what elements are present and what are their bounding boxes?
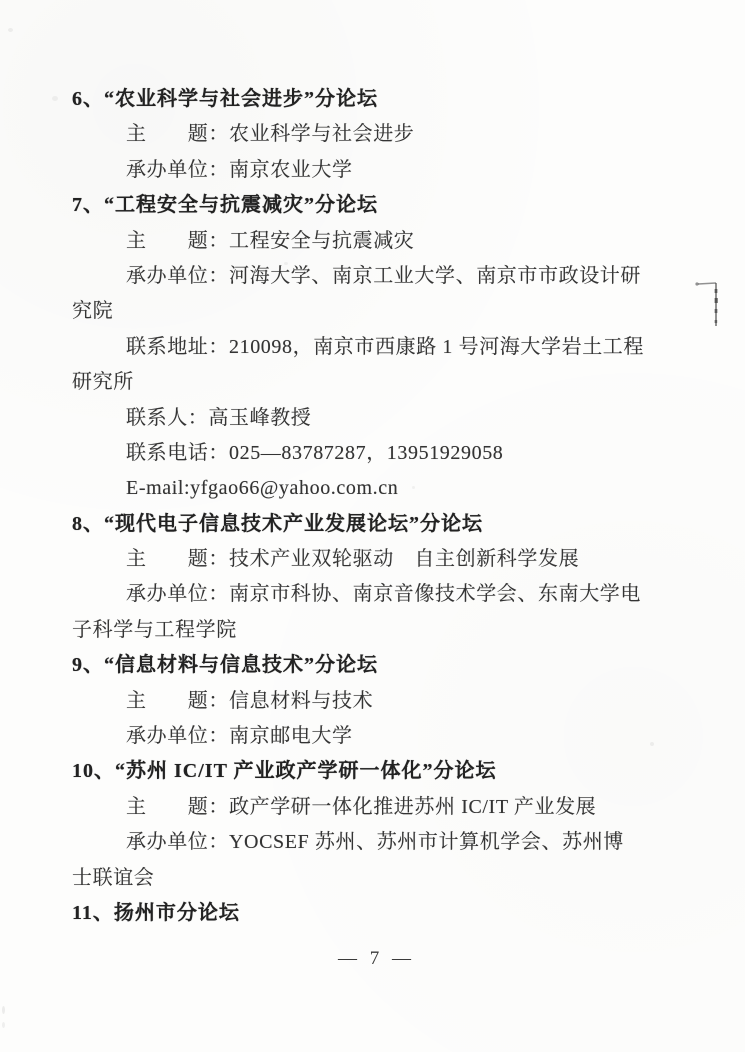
forum-9-organizer: 承办单位：南京邮电大学 (72, 719, 647, 754)
forum-heading-10: 10、“苏州 IC/IT 产业政产学研一体化”分论坛 (72, 754, 647, 789)
forum-10-organizer-wrap: 士联谊会 (72, 861, 647, 896)
forum-7-contact-phone: 联系电话：025—83787287，13951929058 (72, 436, 647, 471)
page-number: — 7 — (0, 948, 745, 970)
forum-9-theme: 主 题：信息材料与技术 (72, 684, 647, 719)
scan-artifact-mark (692, 276, 728, 334)
forum-heading-7: 7、“工程安全与抗震减灾”分论坛 (72, 188, 647, 223)
forum-8-theme: 主 题：技术产业双轮驱动 自主创新科学发展 (72, 542, 647, 577)
forum-heading-6: 6、“农业科学与社会进步”分论坛 (72, 82, 647, 117)
forum-heading-9: 9、“信息材料与信息技术”分论坛 (72, 648, 647, 683)
document-body: 6、“农业科学与社会进步”分论坛 主 题：农业科学与社会进步 承办单位：南京农业… (72, 82, 647, 931)
forum-6-theme: 主 题：农业科学与社会进步 (72, 117, 647, 152)
forum-7-theme: 主 题：工程安全与抗震减灾 (72, 224, 647, 259)
scan-speck (8, 28, 13, 32)
scan-speck (650, 742, 654, 746)
forum-7-address: 联系地址：210098，南京市西康路 1 号河海大学岩土工程 (72, 330, 647, 365)
forum-heading-8: 8、“现代电子信息技术产业发展论坛”分论坛 (72, 507, 647, 542)
forum-7-address-wrap: 研究所 (72, 365, 647, 400)
forum-7-contact-email: E-mail:yfgao66@yahoo.com.cn (72, 471, 647, 506)
forum-10-theme: 主 题：政产学研一体化推进苏州 IC/IT 产业发展 (72, 790, 647, 825)
forum-7-contact-person: 联系人：高玉峰教授 (72, 401, 647, 436)
scan-speck (52, 96, 58, 101)
forum-7-organizer-wrap: 究院 (72, 294, 647, 329)
scan-speck (2, 1022, 5, 1028)
scanned-document-page: 6、“农业科学与社会进步”分论坛 主 题：农业科学与社会进步 承办单位：南京农业… (0, 0, 745, 1052)
forum-8-organizer-wrap: 子科学与工程学院 (72, 613, 647, 648)
forum-7-organizer: 承办单位：河海大学、南京工业大学、南京市市政设计研 (72, 259, 647, 294)
forum-6-organizer: 承办单位：南京农业大学 (72, 153, 647, 188)
forum-10-organizer: 承办单位：YOCSEF 苏州、苏州市计算机学会、苏州博 (72, 825, 647, 860)
scan-speck (2, 1006, 5, 1014)
forum-8-organizer: 承办单位：南京市科协、南京音像技术学会、东南大学电 (72, 577, 647, 612)
forum-heading-11: 11、扬州市分论坛 (72, 896, 647, 931)
